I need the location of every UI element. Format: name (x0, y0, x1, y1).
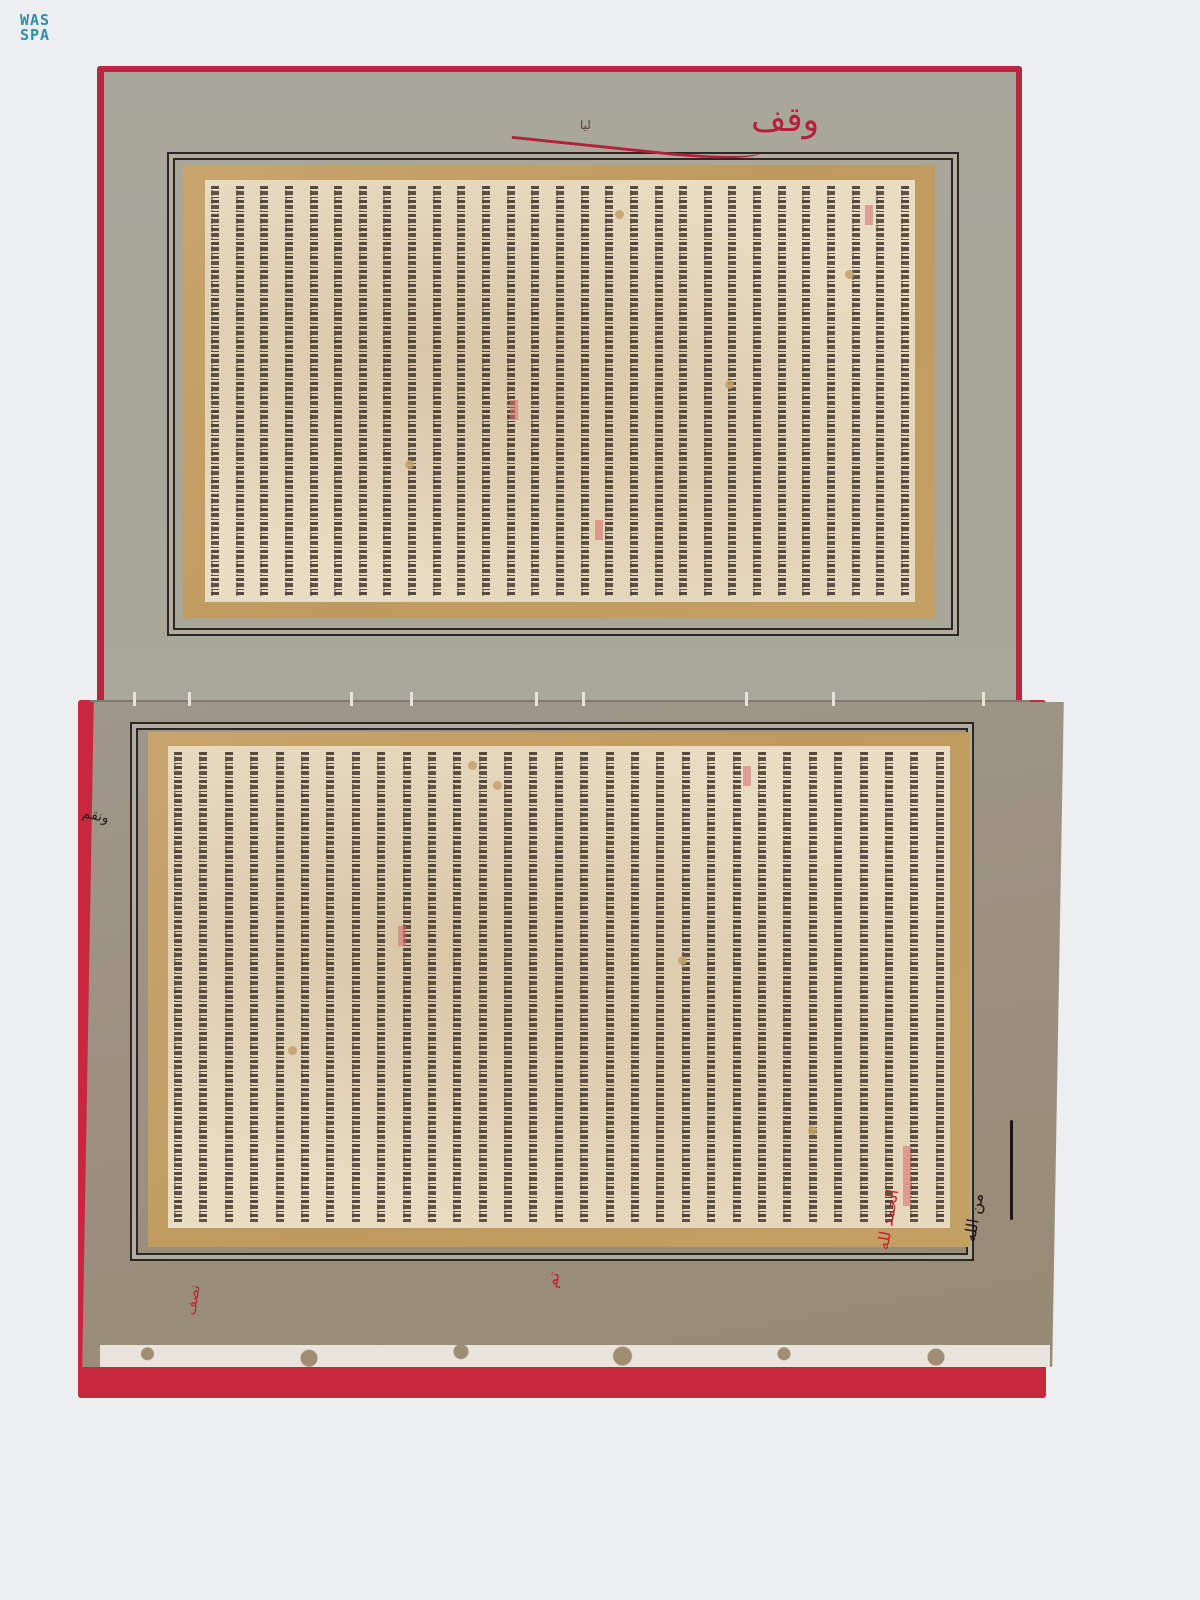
text-line (482, 186, 490, 596)
bottom-page-text-columns (174, 752, 944, 1222)
text-line (580, 752, 588, 1222)
text-line (936, 752, 944, 1222)
text-line (236, 186, 244, 596)
spa-logo: WAS SPA (20, 13, 64, 45)
top-small-note: ليا (580, 118, 591, 132)
text-line (728, 186, 736, 596)
text-line (733, 752, 741, 1222)
text-line (453, 752, 461, 1222)
text-line (605, 186, 613, 596)
red-rubric-mark (510, 400, 518, 420)
logo-line-2: SPA (20, 28, 64, 43)
text-line (377, 752, 385, 1222)
text-line (758, 752, 766, 1222)
red-rubric-mark (865, 205, 873, 225)
text-line (326, 752, 334, 1222)
text-line (276, 752, 284, 1222)
verse-marker (493, 781, 502, 790)
waqf-endowment-stamp: وقف (515, 100, 825, 150)
text-line (852, 186, 860, 596)
red-rubric-mark (743, 766, 751, 786)
text-line (504, 752, 512, 1222)
text-line (802, 186, 810, 596)
text-line (682, 752, 690, 1222)
verse-marker (615, 210, 624, 219)
text-line (334, 186, 342, 596)
text-line (433, 186, 441, 596)
text-line (310, 186, 318, 596)
verse-marker (678, 956, 687, 965)
text-line (199, 752, 207, 1222)
stitch (410, 692, 413, 706)
red-rubric-mark (398, 926, 406, 946)
text-line (383, 186, 391, 596)
text-line (479, 752, 487, 1222)
verse-marker (468, 761, 477, 770)
bottom-page-text-block (168, 746, 950, 1228)
marbled-endpaper-strip (100, 1345, 1050, 1367)
text-line (174, 752, 182, 1222)
stitch (133, 692, 136, 706)
text-line (352, 752, 360, 1222)
text-line (860, 752, 868, 1222)
text-line (885, 752, 893, 1222)
top-page-text-block (205, 180, 915, 602)
book-spine (90, 700, 1030, 702)
text-line (285, 186, 293, 596)
text-line (827, 186, 835, 596)
text-line (778, 186, 786, 596)
text-line (704, 186, 712, 596)
text-line (260, 186, 268, 596)
text-line (753, 186, 761, 596)
red-rubric-mark (595, 520, 603, 540)
text-line (876, 186, 884, 596)
stitch (535, 692, 538, 706)
verse-marker (808, 1126, 817, 1135)
stitch (350, 692, 353, 706)
text-line (783, 752, 791, 1222)
stitch (745, 692, 748, 706)
catchword-stroke (1010, 1120, 1013, 1220)
text-line (656, 752, 664, 1222)
text-line (408, 186, 416, 596)
text-line (901, 186, 909, 596)
stitch (832, 692, 835, 706)
text-line (359, 186, 367, 596)
verse-marker (845, 270, 854, 279)
text-line (403, 752, 411, 1222)
text-line (250, 752, 258, 1222)
text-line (581, 186, 589, 596)
text-line (301, 752, 309, 1222)
text-line (457, 186, 465, 596)
text-line (555, 752, 563, 1222)
text-line (531, 186, 539, 596)
text-line (707, 752, 715, 1222)
verse-marker (288, 1046, 297, 1055)
stitch (582, 692, 585, 706)
verse-marker (405, 460, 414, 469)
text-line (910, 752, 918, 1222)
waqf-label: وقف (751, 100, 819, 140)
text-line (809, 752, 817, 1222)
verse-marker (725, 380, 734, 389)
stitch (188, 692, 191, 706)
text-line (225, 752, 233, 1222)
text-line (606, 752, 614, 1222)
text-line (630, 186, 638, 596)
text-line (211, 186, 219, 596)
text-line (679, 186, 687, 596)
text-line (556, 186, 564, 596)
text-line (655, 186, 663, 596)
red-rubric-mark (903, 1146, 911, 1206)
text-line (631, 752, 639, 1222)
top-page-text-columns (211, 186, 909, 596)
text-line (507, 186, 515, 596)
text-line (428, 752, 436, 1222)
text-line (834, 752, 842, 1222)
text-line (529, 752, 537, 1222)
stitch (982, 692, 985, 706)
